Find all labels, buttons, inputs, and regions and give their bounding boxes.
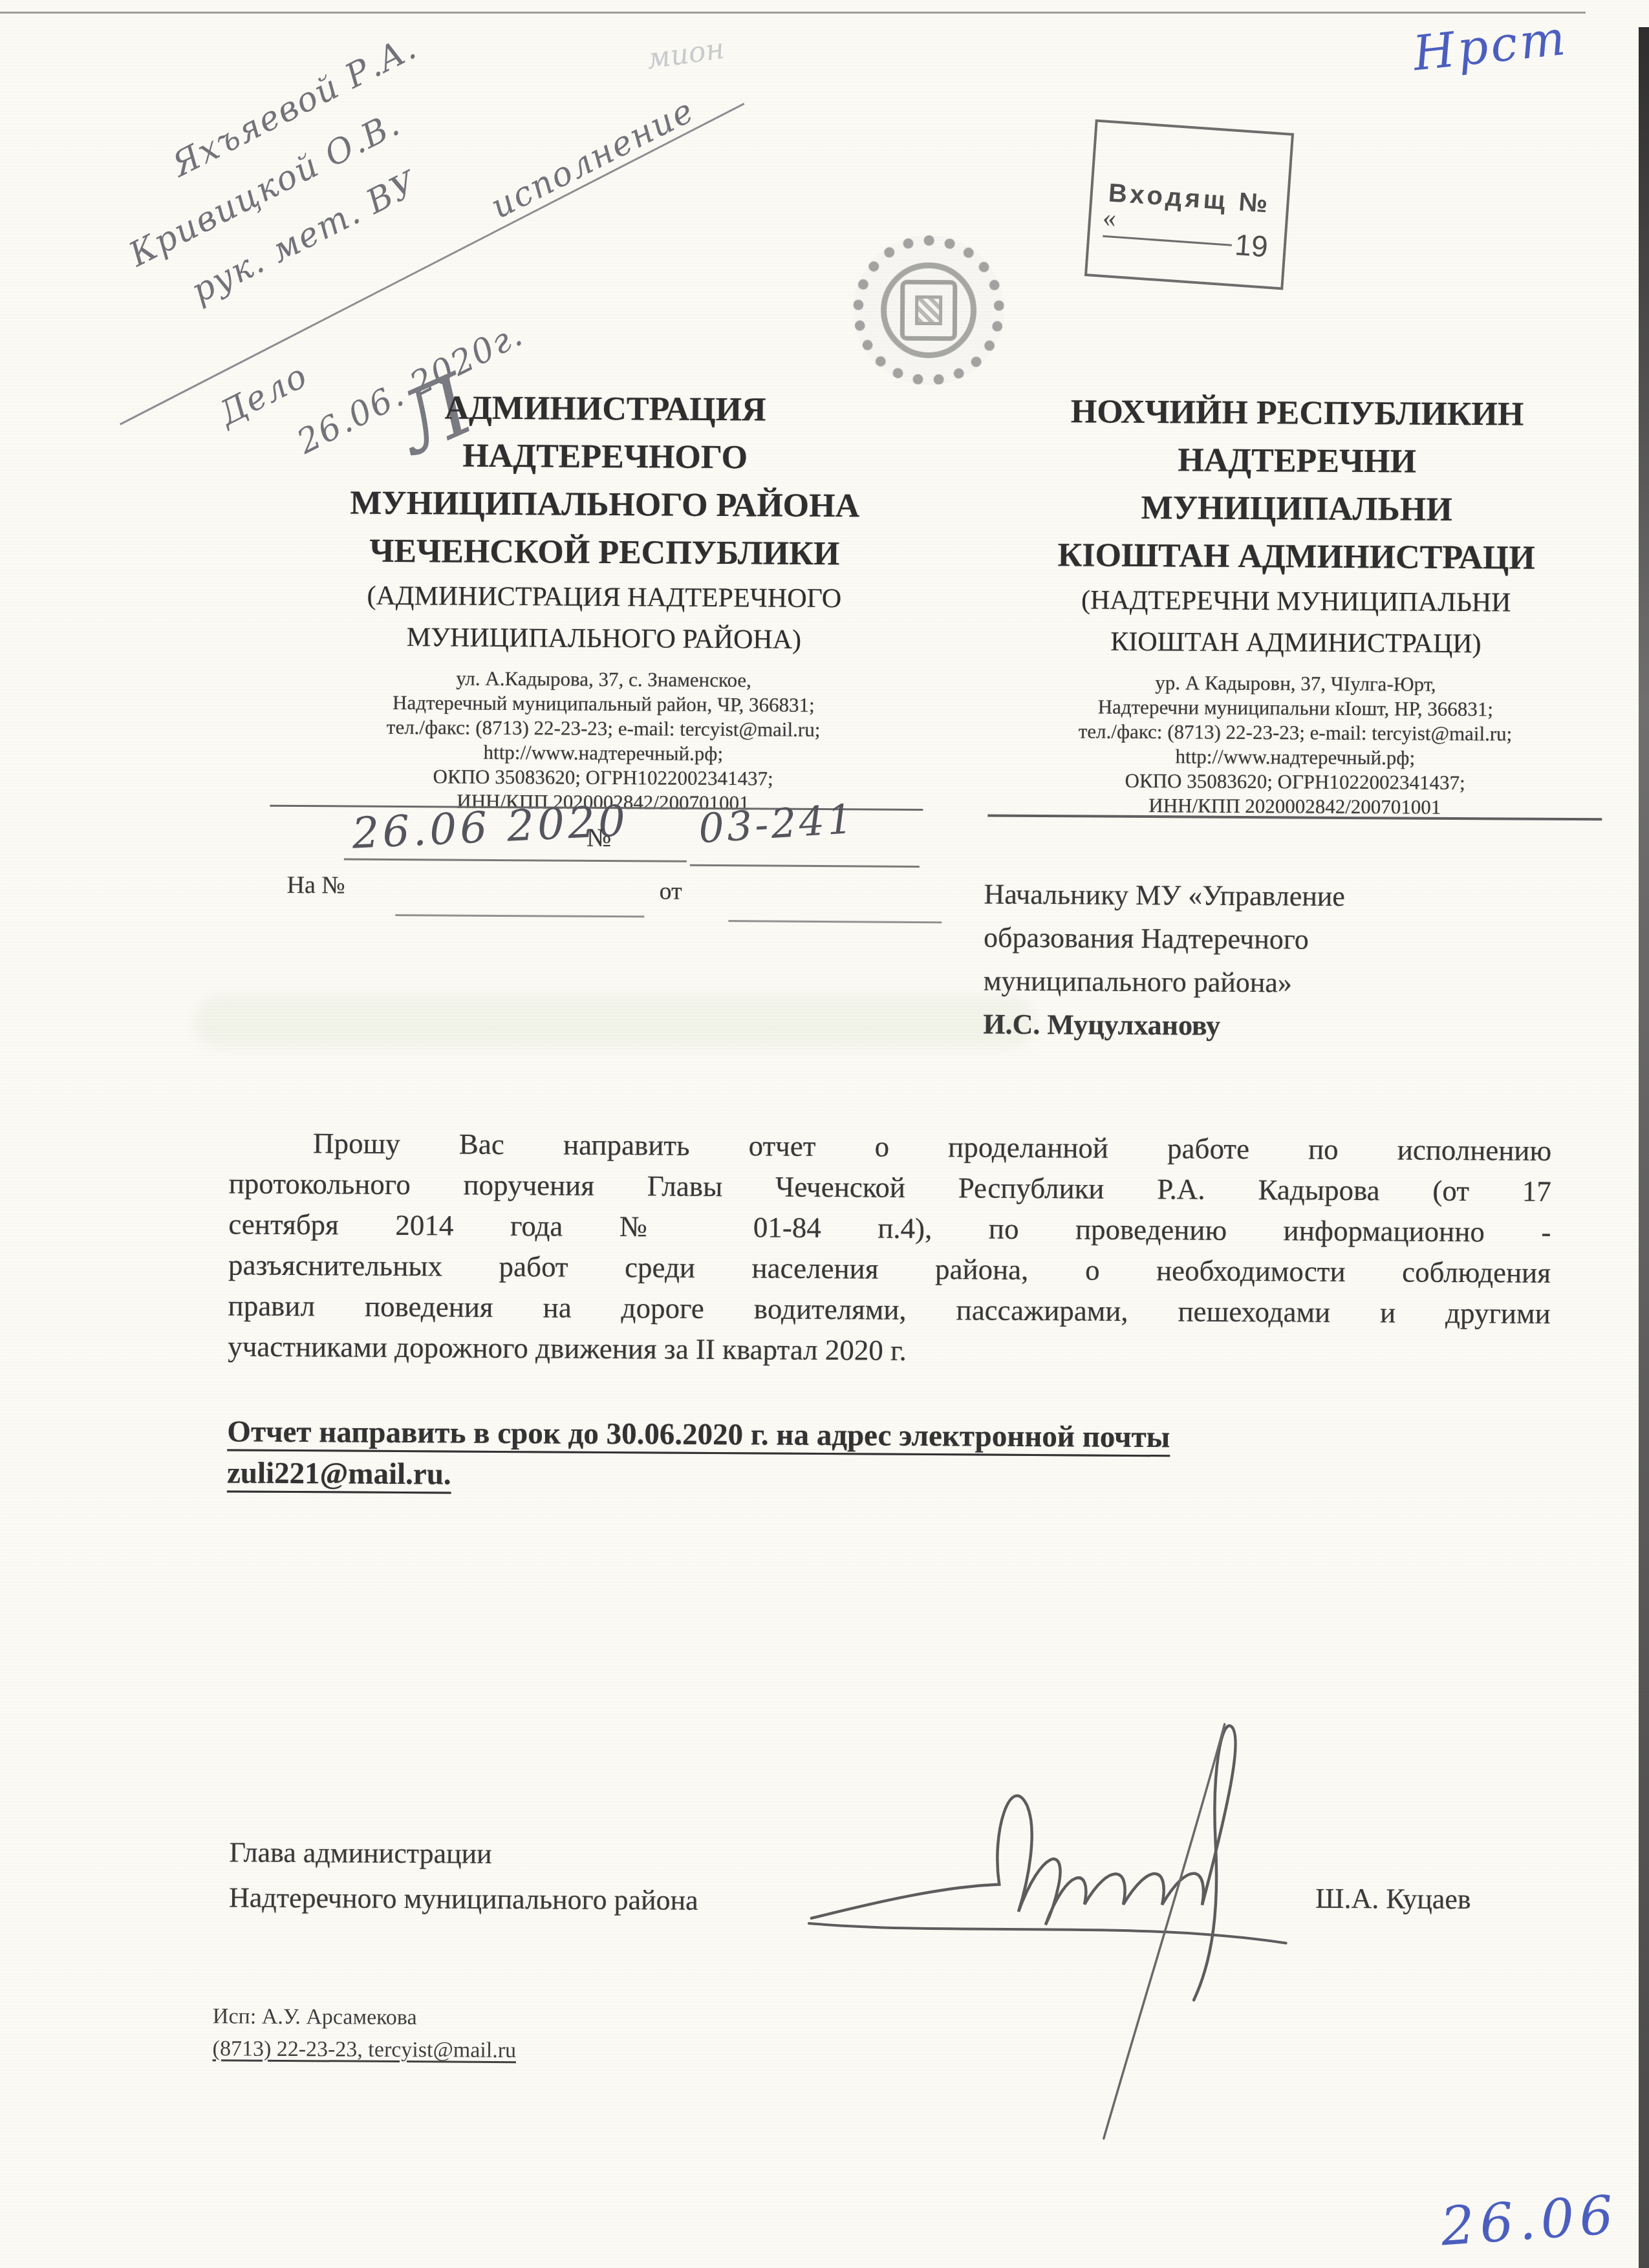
letterhead-address-line: ур. А Кадыровн, 37, ЧIулга-Юрт,: [972, 669, 1619, 698]
letterhead-title-line: КIОШТАН АДМИНИСТРАЦИ: [973, 531, 1620, 583]
executor-contact: (8713) 22-23-23, tercyist@mail.ru: [212, 2033, 516, 2067]
reply-to-number-label: На №: [286, 871, 345, 900]
body-line: участниками дорожного движения за II ква…: [228, 1326, 1550, 1375]
letterhead-address-line: ул. А.Кадырова, 37, с. Знаменское,: [267, 665, 940, 694]
letter-body: Прошу Вас направить отчет о проделанной …: [228, 1122, 1551, 1375]
letterhead-address-line: ОКПО 35083620; ОГРН1022002341437;: [972, 767, 1619, 796]
executor-name: Исп: А.У. Арсамекова: [213, 2000, 517, 2035]
letterhead-russian: АДМИНИСТРАЦИЯ НАДТЕРЕЧНОГО МУНИЦИПАЛЬНОГ…: [266, 383, 942, 817]
addressee-line: образования Надтеречного: [984, 916, 1540, 963]
letterhead-address-line: ОКПО 35083620; ОГРН1022002341437;: [267, 764, 940, 792]
scanned-letter-page: Яхъяевой Р.А. Кривицкой О.В. рук. мет. В…: [0, 0, 1649, 2268]
signer-position: Глава администрации Надтеречного муницип…: [229, 1830, 699, 1923]
letterhead-address-line: http://www.надтеречный.рф;: [267, 739, 940, 767]
signer-position-line: Глава администрации: [229, 1830, 698, 1878]
addressee-block: Начальнику МУ «Управление образования На…: [983, 873, 1540, 1049]
reply-date-blank: [728, 920, 942, 923]
deadline-email-line: zuli221@mail.ru.: [227, 1452, 1549, 1501]
letterhead-title-line: МУНИЦИПАЛЬНИ: [973, 483, 1620, 535]
seal-outer-ring: [852, 235, 1004, 385]
letterhead-address-line: Надтеречни муниципальни кIошт, НР, 36683…: [972, 694, 1619, 722]
letterhead-title-line: ЧЕЧЕНСКОЙ РЕСПУБЛИКИ: [268, 527, 941, 579]
signer-name: Ш.А. Куцаев: [1315, 1882, 1471, 1916]
letterhead-address-line: http://www.надтеречный.рф;: [972, 743, 1619, 771]
number-sign: №: [587, 822, 611, 853]
seal-inner-ring: [881, 262, 977, 359]
executor-block: Исп: А.У. Арсамекова (8713) 22-23-23, te…: [212, 2000, 516, 2067]
letterhead-title-line: МУНИЦИПАЛЬНОГО РАЙОНА: [268, 479, 941, 531]
seal-core-pattern: [915, 295, 942, 325]
letterhead-title-line: НАДТЕРЕЧНИ: [973, 435, 1620, 487]
letterhead-chechen: НОХЧИЙН РЕСПУБЛИКИН НАДТЕРЕЧНИ МУНИЦИПАЛ…: [971, 387, 1621, 820]
letterhead-title-line: НАДТЕРЕЧНОГО: [268, 431, 941, 483]
letterhead-subtitle-line: КIОШТАН АДМИНИСТРАЦИ): [973, 620, 1619, 665]
addressee-name: И.С. Муцулханову: [983, 1003, 1539, 1049]
reg-date-underline: [344, 858, 687, 862]
letterhead-address-line: тел./факс: (8713) 22-23-23; e-mail: terc…: [267, 714, 940, 743]
coat-of-arms-seal: [852, 235, 1004, 385]
reply-number-blank: [395, 914, 644, 917]
letterhead-subtitle-line: (АДМИНИСТРАЦИЯ НАДТЕРЕЧНОГО: [268, 575, 940, 620]
handwritten-signature: [799, 1710, 1306, 2153]
letterhead-title-line: АДМИНИСТРАЦИЯ: [269, 383, 942, 435]
letterhead-subtitle-line: МУНИЦИПАЛЬНОГО РАЙОНА): [268, 616, 940, 661]
reg-number-underline: [690, 864, 920, 868]
deadline-demand: Отчет направить в срок до 30.06.2020 г. …: [227, 1411, 1550, 1501]
letterhead-subtitle-line: (НАДТЕРЕЧНИ МУНИЦИПАЛЬНИ: [973, 579, 1619, 624]
from-label: от: [659, 877, 682, 905]
addressee-line: муниципального района»: [984, 959, 1540, 1006]
letterhead-title-line: НОХЧИЙН РЕСПУБЛИКИН: [974, 387, 1621, 439]
addressee-line: Начальнику МУ «Управление: [984, 873, 1540, 919]
seal-core-emblem: [900, 280, 958, 341]
letterhead-address-line: тел./факс: (8713) 22-23-23; e-mail: terc…: [972, 718, 1619, 747]
letterhead-address-line: Надтеречный муниципальный район, ЧР, 366…: [267, 690, 940, 718]
blue-pen-date: 26.06: [1439, 2185, 1621, 2258]
signer-position-line: Надтеречного муниципального района: [229, 1875, 698, 1923]
handwritten-reg-number: 03-241: [697, 795, 856, 852]
